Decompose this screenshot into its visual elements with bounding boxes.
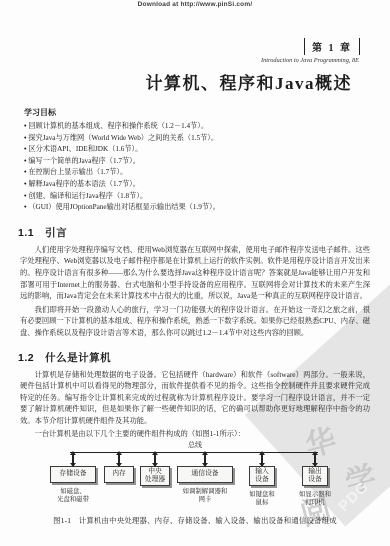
chapter-number-badge: 第 1 章 xyxy=(304,38,360,55)
book-subtitle: Introduction to Java Programming, 8E xyxy=(20,57,360,64)
double-arrow-icon xyxy=(72,452,73,466)
diagram-column-cpu: 中央 处理器 xyxy=(139,452,171,486)
double-arrow-icon xyxy=(261,452,262,466)
double-arrow-icon xyxy=(154,452,155,466)
objective-item: 探究Java与万维网（World Wide Web）之间的关系（1.5节）。 xyxy=(24,133,370,145)
storage-devices-box: 存储设备 xyxy=(50,466,96,483)
bus-label: 总线 xyxy=(20,440,370,450)
section-heading-1-1: 1.1 引言 xyxy=(18,225,370,240)
objective-item: 在控制台上显示输出（1.7节）。 xyxy=(24,167,370,179)
output-devices-sublabel: 如显示器和 打印机 xyxy=(299,491,331,507)
input-devices-box: 输入 设备 xyxy=(249,466,275,486)
double-arrow-icon xyxy=(314,452,315,466)
diagram-column-communication: 通信设备 如调制解调器和 网卡 xyxy=(176,452,234,504)
objective-item: 编写一个简单的Java程序（1.7节）。 xyxy=(24,156,370,168)
diagram-column-memory: 内存 xyxy=(104,452,134,483)
objective-item: （GUI）使用JOptionPane输出对话框显示输出结果（1.9节）。 xyxy=(24,202,370,214)
output-devices-box: 输出 设备 xyxy=(302,466,328,486)
diagram-column-storage: 存储设备 如磁盘、 光盘和磁带 xyxy=(48,452,98,504)
learning-objectives: 学习目标 回顾计算机的基本组成、程序和操作系统（1.2－1.4节）。 探究Jav… xyxy=(20,107,370,214)
figure-caption: 图1-1 计算机由中央处理器、内存、存储设备、输入设备、输出设备和通信设备组成 xyxy=(20,515,370,526)
page-content: 第 1 章 Introduction to Java Programming, … xyxy=(0,38,390,526)
cpu-box: 中央 处理器 xyxy=(140,466,170,486)
diagram-column-output: 输出 设备 如显示器和 打印机 xyxy=(298,452,332,507)
input-devices-sublabel: 如键盘和 鼠标 xyxy=(249,491,275,507)
objective-item: 区分术语API、IDE和JDK（1.6节）。 xyxy=(24,144,370,156)
paragraph: 计算机是存储和处理数据的电子设备。它包括硬件（hardware）和软件（soft… xyxy=(20,369,370,427)
chapter-title: 计算机、程序和Java概述 xyxy=(20,69,370,94)
objectives-heading: 学习目标 xyxy=(24,107,370,118)
section-heading-1-2: 1.2 什么是计算机 xyxy=(18,350,370,365)
double-arrow-icon xyxy=(204,452,205,466)
download-banner: Download at http://www.pinSi.com/ xyxy=(0,1,390,8)
scanned-book-page: Download at http://www.pinSi.com/ 华 学 阅 … xyxy=(0,0,390,546)
objective-item: 回顾计算机的基本组成、程序和操作系统（1.2－1.4节）。 xyxy=(24,121,370,133)
communication-devices-box: 通信设备 xyxy=(177,466,233,483)
paragraph: 一台计算机是由以下几个主要的硬件组件构成的（如图1-1所示）： xyxy=(20,428,370,440)
diagram-column-input: 输入 设备 如键盘和 鼠标 xyxy=(245,452,279,507)
objective-item: 创建、编译和运行Java程序（1.8节）。 xyxy=(24,191,370,203)
double-arrow-icon xyxy=(118,452,119,466)
hardware-bus-diagram: 总线 存储设备 如磁盘、 光盘和磁带 内存 中央 处理器 通 xyxy=(20,443,370,509)
memory-box: 内存 xyxy=(104,466,134,483)
paragraph: 人们使用字处理程序编写文档、使用Web浏览器在互联网中探索，使用电子邮件程序发送… xyxy=(20,244,370,302)
storage-devices-sublabel: 如磁盘、 光盘和磁带 xyxy=(57,488,89,504)
objective-item: 解释Java程序的基本语法（1.7节）。 xyxy=(24,179,370,191)
communication-devices-sublabel: 如调制解调器和 网卡 xyxy=(183,488,228,504)
paragraph: 我们即将开始一段激动人心的旅行，学习一门功能强大的程序设计语言。在开始这一奇幻之… xyxy=(20,304,370,339)
chapter-header: 第 1 章 Introduction to Java Programming, … xyxy=(20,38,370,64)
figure-1-1: 总线 存储设备 如磁盘、 光盘和磁带 内存 中央 处理器 通 xyxy=(20,443,370,526)
